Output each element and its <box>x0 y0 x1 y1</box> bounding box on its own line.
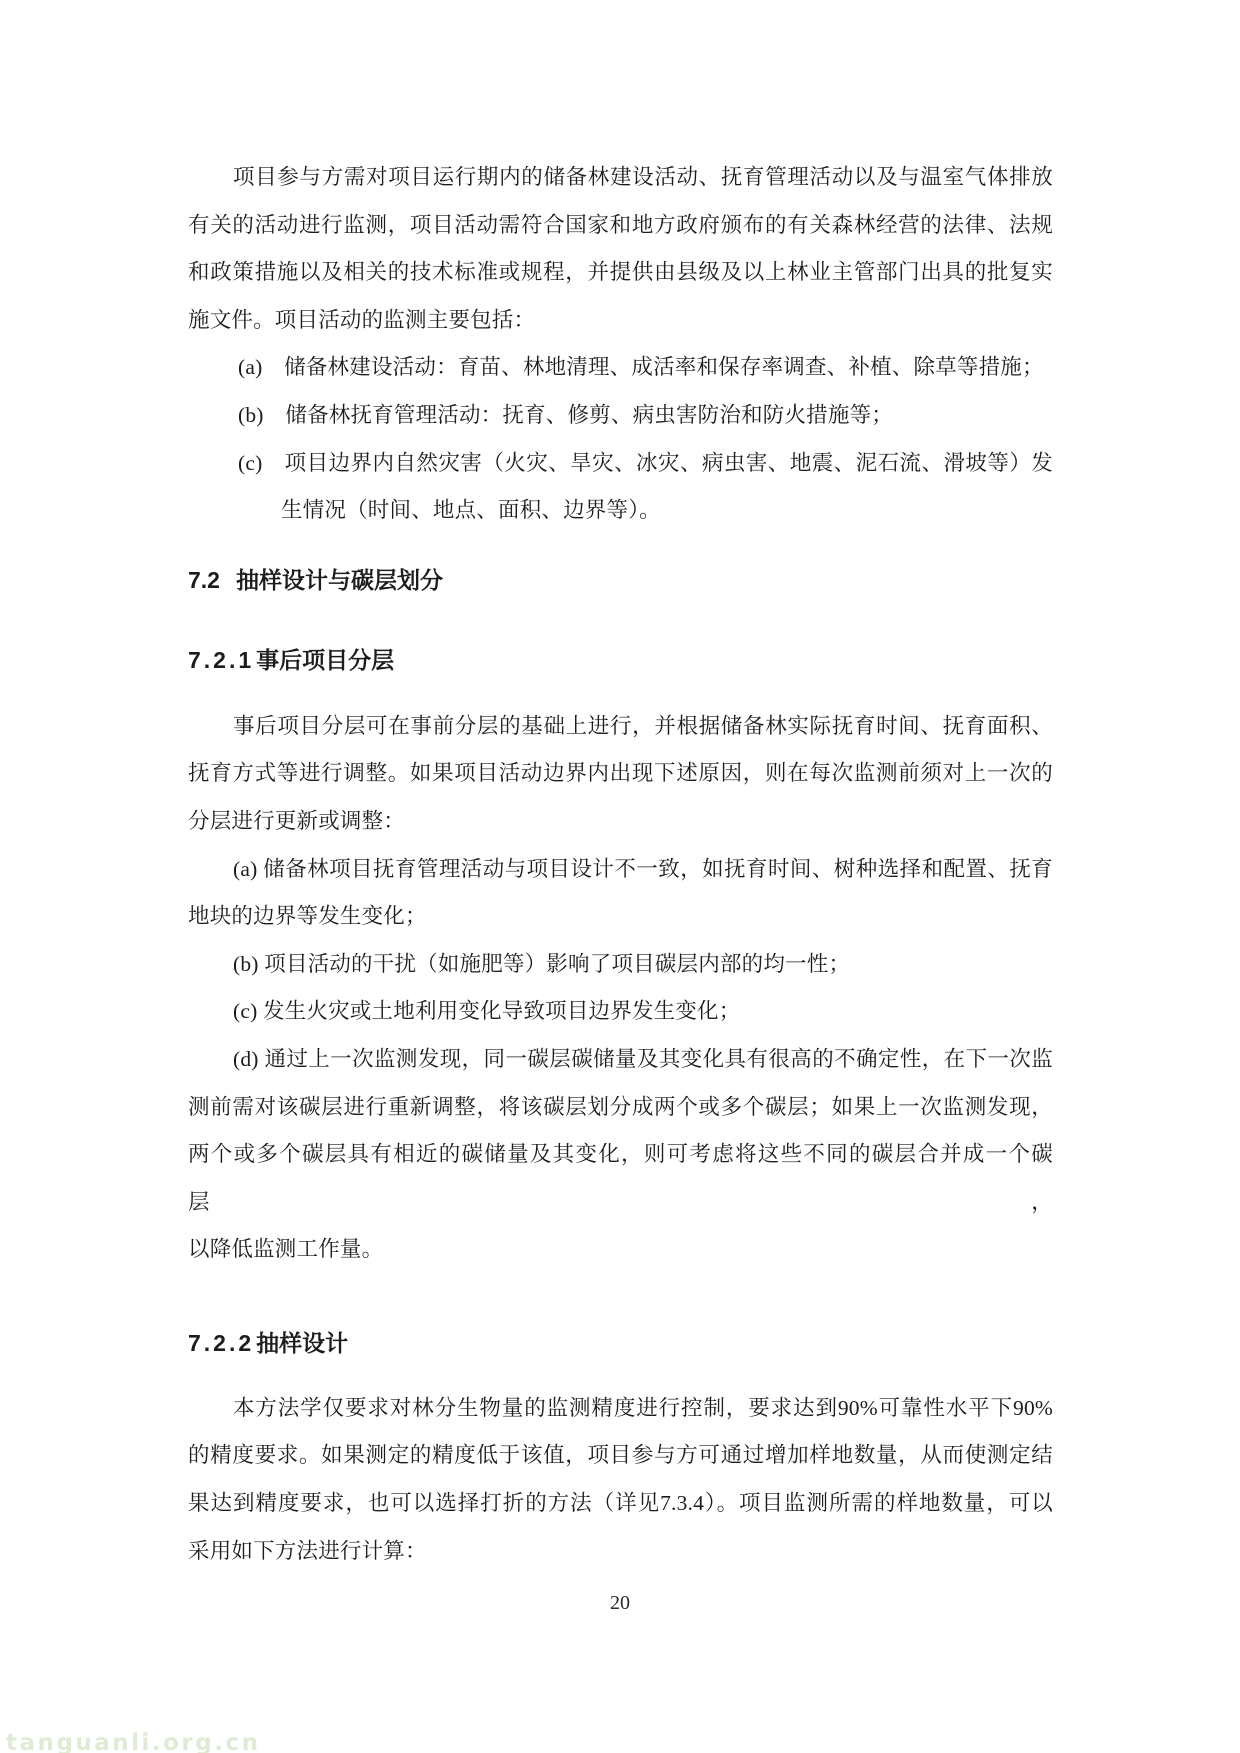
heading-number: 7.2.2 <box>188 1319 254 1367</box>
text-line: 事后项目分层可在事前分层的基础上进行，并根据储备林实际抚育时间、抚育面积、 <box>188 703 1053 751</box>
para-sampling-design: 本方法学仅要求对林分生物量的监测精度进行控制，要求达到90%可靠性水平下90%的… <box>188 1385 1053 1575</box>
heading-number: 7.2.1 <box>188 636 254 684</box>
text-line: 两个或多个碳层具有相近的碳储量及其变化，则可考虑将这些不同的碳层合并成一个碳层， <box>188 1131 1053 1226</box>
text-line: 果达到精度要求，也可以选择打折的方法（详见7.3.4）。项目监测所需的样地数量，… <box>188 1480 1053 1528</box>
heading-title: 抽样设计与碳层划分 <box>236 567 443 593</box>
text-line: 施文件。项目活动的监测主要包括： <box>188 297 1053 345</box>
page-content: 项目参与方需对项目运行期内的储备林建设活动、抚育管理活动以及与温室气体排放有关的… <box>188 154 1053 1575</box>
text-line: (a) 储备林建设活动：育苗、林地清理、成活率和保存率调查、补植、除草等措施； <box>188 344 1053 392</box>
text-line: 有关的活动进行监测，项目活动需符合国家和地方政府颁布的有关森林经营的法律、法规 <box>188 202 1053 250</box>
document-page: 项目参与方需对项目运行期内的储备林建设活动、抚育管理活动以及与温室气体排放有关的… <box>0 0 1240 1753</box>
para-monitoring-intro: 项目参与方需对项目运行期内的储备林建设活动、抚育管理活动以及与温室气体排放有关的… <box>188 154 1053 344</box>
text-line: 生情况（时间、地点、面积、边界等）。 <box>188 487 1053 535</box>
page-number: 20 <box>0 1591 1240 1615</box>
section-7-2-heading: 7.2抽样设计与碳层划分 <box>188 556 1053 604</box>
para-reason-b: (b) 项目活动的干扰（如施肥等）影响了项目碳层内部的均一性； <box>188 941 1053 989</box>
text-line: 本方法学仅要求对林分生物量的监测精度进行控制，要求达到90%可靠性水平下90% <box>188 1385 1053 1433</box>
watermark: tanguanli.org.cn <box>6 1730 260 1753</box>
para-post-stratification: 事后项目分层可在事前分层的基础上进行，并根据储备林实际抚育时间、抚育面积、抚育方… <box>188 703 1053 846</box>
text-line: (d) 通过上一次监测发现，同一碳层碳储量及其变化具有很高的不确定性，在下一次监 <box>188 1036 1053 1084</box>
text-line: 以降低监测工作量。 <box>188 1226 1053 1274</box>
text-line: (b) 项目活动的干扰（如施肥等）影响了项目碳层内部的均一性； <box>188 941 1053 989</box>
text-line: (c) 项目边界内自然灾害（火灾、旱灾、冰灾、病虫害、地震、泥石流、滑坡等）发 <box>188 440 1053 488</box>
text-line: 和政策措施以及相关的技术标准或规程，并提供由县级及以上林业主管部门出具的批复实 <box>188 249 1053 297</box>
para-reason-a: (a) 储备林项目抚育管理活动与项目设计不一致，如抚育时间、树种选择和配置、抚育… <box>188 846 1053 941</box>
text-line: 的精度要求。如果测定的精度低于该值，项目参与方可通过增加样地数量，从而使测定结 <box>188 1432 1053 1480</box>
text-line: 抚育方式等进行调整。如果项目活动边界内出现下述原因，则在每次监测前须对上一次的 <box>188 750 1053 798</box>
text-line: 采用如下方法进行计算： <box>188 1528 1053 1576</box>
para-reason-c: (c) 发生火灾或土地利用变化导致项目边界发生变化； <box>188 988 1053 1036</box>
text-line: 分层进行更新或调整： <box>188 798 1053 846</box>
para-reason-d: (d) 通过上一次监测发现，同一碳层碳储量及其变化具有很高的不确定性，在下一次监… <box>188 1036 1053 1274</box>
heading-number: 7.2 <box>188 556 220 604</box>
text-line: (b) 储备林抚育管理活动：抚育、修剪、病虫害防治和防火措施等； <box>188 392 1053 440</box>
heading-title: 抽样设计 <box>256 1330 348 1356</box>
text-line: (c) 发生火灾或土地利用变化导致项目边界发生变化； <box>188 988 1053 1036</box>
heading-title: 事后项目分层 <box>256 647 394 673</box>
text-line: 地块的边界等发生变化； <box>188 893 1053 941</box>
list-item-b-tending: (b) 储备林抚育管理活动：抚育、修剪、病虫害防治和防火措施等； <box>188 392 1053 440</box>
text-line: (a) 储备林项目抚育管理活动与项目设计不一致，如抚育时间、树种选择和配置、抚育 <box>188 846 1053 894</box>
list-item-c-disaster: (c) 项目边界内自然灾害（火灾、旱灾、冰灾、病虫害、地震、泥石流、滑坡等）发生… <box>188 440 1053 535</box>
text-line: 项目参与方需对项目运行期内的储备林建设活动、抚育管理活动以及与温室气体排放 <box>188 154 1053 202</box>
section-7-2-1-heading: 7.2.1事后项目分层 <box>188 636 1053 684</box>
text-line: 测前需对该碳层进行重新调整，将该碳层划分成两个或多个碳层；如果上一次监测发现， <box>188 1084 1053 1132</box>
list-item-a-construction: (a) 储备林建设活动：育苗、林地清理、成活率和保存率调查、补植、除草等措施； <box>188 344 1053 392</box>
section-7-2-2-heading: 7.2.2抽样设计 <box>188 1319 1053 1367</box>
